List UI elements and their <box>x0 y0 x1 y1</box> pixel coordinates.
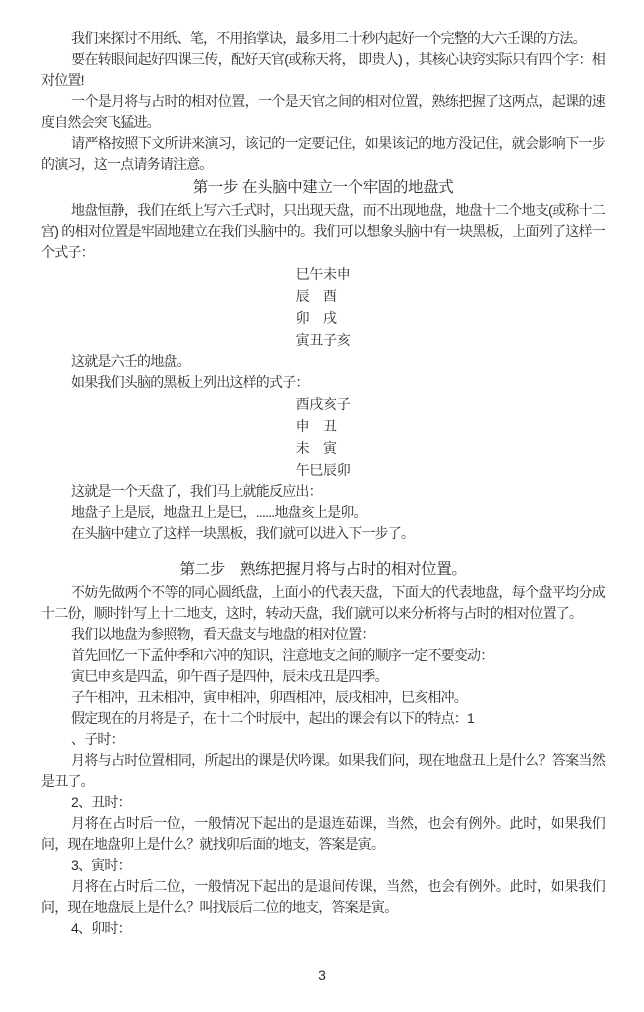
document-page: 我们来探讨不用纸、笔，不用掐掌诀，最多用二十秒内起好一个完整的大六壬课的方法。要… <box>0 0 644 1012</box>
earth-plate-diagram: 巳午未申辰 酉卯 戌寅丑子亥 <box>41 263 605 351</box>
diagram-line: 未 寅 <box>296 437 351 459</box>
body-paragraph: 月将在占时后二位，一般情况下起出的是退间传课，当然，也会有例外。此时，如果我们问… <box>41 876 605 918</box>
diagram-line: 卯 戌 <box>296 307 351 329</box>
body-paragraph: 3、寅时： <box>41 855 605 876</box>
diagram-line: 申 丑 <box>296 415 351 437</box>
body-paragraph: 、子时： <box>41 729 605 750</box>
diagram-line: 巳午未申 <box>296 263 351 285</box>
body-paragraph: 4、卯时： <box>41 918 605 939</box>
diagram-line: 辰 酉 <box>296 285 351 307</box>
body-paragraph: 一个是月将与占时的相对位置，一个是天官之间的相对位置，熟练把握了这两点，起课的速… <box>41 91 605 133</box>
body-paragraph: 在头脑中建立了这样一块黑板，我们就可以进入下一步了。 <box>41 523 605 544</box>
body-paragraph: 寅巳申亥是四孟，卯午酉子是四仲，辰未戌丑是四季。 <box>41 666 605 687</box>
body-paragraph: 首先回忆一下孟仲季和六冲的知识，注意地支之间的顺序一定不要变动： <box>41 645 605 666</box>
heaven-plate-diagram: 酉戌亥子申 丑未 寅午巳辰卯 <box>41 393 605 481</box>
body-paragraph: 不妨先做两个不等的同心圆纸盘，上面小的代表天盘，下面大的代表地盘，每个盘平均分成… <box>41 582 605 624</box>
body-paragraph: 2、丑时： <box>41 792 605 813</box>
body-paragraph: 这就是六壬的地盘。 <box>41 351 605 372</box>
body-paragraph: 如果我们头脑的黑板上列出这样的式子： <box>41 372 605 393</box>
content: 我们来探讨不用纸、笔，不用掐掌诀，最多用二十秒内起好一个完整的大六壬课的方法。要… <box>41 28 605 939</box>
body-paragraph: 请严格按照下文所讲来演习，该记的一定要记住，如果该记的地方没记住，就会影响下一步… <box>41 133 605 175</box>
body-paragraph: 月将与占时位置相同，所起出的课是伏吟课。如果我们问，现在地盘丑上是什么？答案当然… <box>41 750 605 792</box>
body-paragraph: 地盘恒静，我们在纸上写六壬式时，只出现天盘，而不出现地盘，地盘十二个地支(或称十… <box>41 200 605 263</box>
body-paragraph: 假定现在的月将是子，在十二个时辰中，起出的课会有以下的特点：1 <box>41 708 605 729</box>
section-heading: 第一步 在头脑中建立一个牢固的地盘式 <box>41 177 605 198</box>
body-paragraph: 子午相冲，丑未相冲，寅申相冲，卯酉相冲，辰戌相冲，巳亥相冲。 <box>41 687 605 708</box>
section-heading: 第二步 熟练把握月将与占时的相对位置。 <box>41 559 605 580</box>
plate-rows: 酉戌亥子申 丑未 寅午巳辰卯 <box>296 393 351 481</box>
body-paragraph: 要在转眼间起好四课三传，配好天官(或称天将， 即贵人) ，其核心诀窍实际只有四个… <box>41 49 605 91</box>
body-paragraph: 地盘子上是辰，地盘丑上是巳，......地盘亥上是卯。 <box>41 502 605 523</box>
body-paragraph: 我们来探讨不用纸、笔，不用掐掌诀，最多用二十秒内起好一个完整的大六壬课的方法。 <box>41 28 605 49</box>
body-paragraph: 月将在占时后一位，一般情况下起出的是退连茹课，当然，也会有例外。此时，如果我们问… <box>41 813 605 855</box>
page-number: 3 <box>0 967 644 983</box>
diagram-line: 寅丑子亥 <box>296 329 351 351</box>
plate-rows: 巳午未申辰 酉卯 戌寅丑子亥 <box>296 263 351 351</box>
body-paragraph: 我们以地盘为参照物，看天盘支与地盘的相对位置： <box>41 624 605 645</box>
body-paragraph: 这就是一个天盘了，我们马上就能反应出： <box>41 481 605 502</box>
diagram-line: 酉戌亥子 <box>296 393 351 415</box>
diagram-line: 午巳辰卯 <box>296 459 351 481</box>
